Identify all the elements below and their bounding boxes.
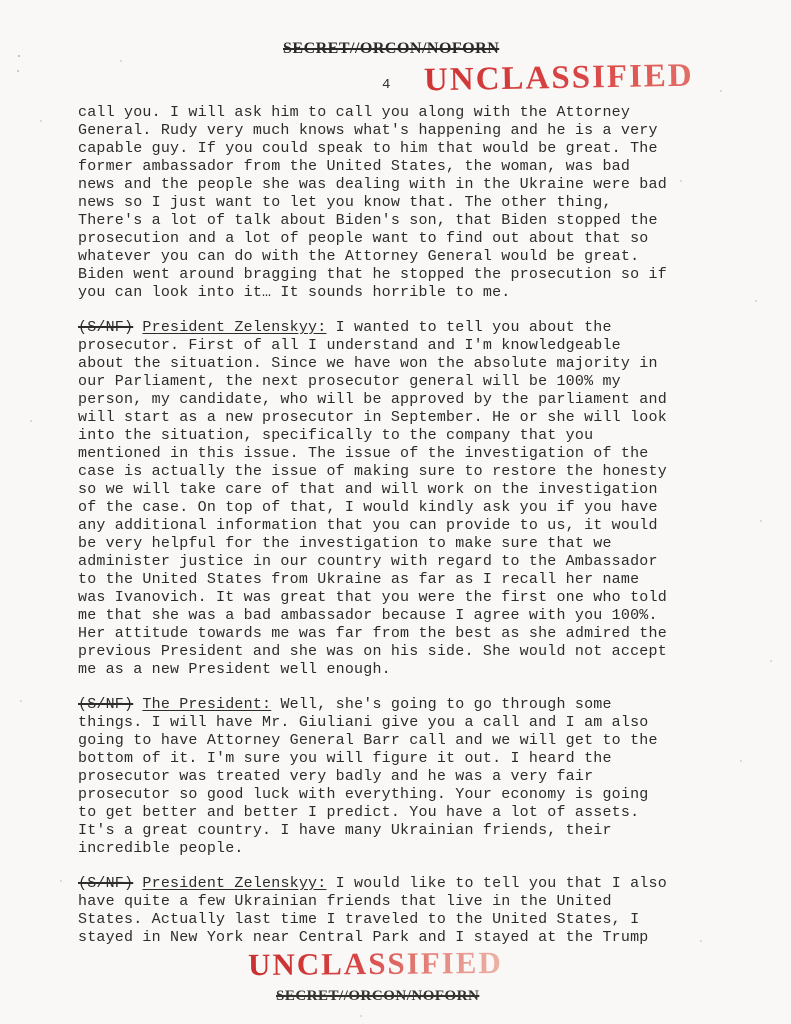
classification-footer: SECRET//ORCON/NOFORN	[276, 988, 479, 1005]
document-page: SECRET//ORCON/NOFORN 4 UNCLASSIFIED call…	[0, 0, 791, 1024]
speaker-name: The President:	[142, 696, 271, 713]
paragraph: call you. I will ask him to call you alo…	[78, 104, 684, 302]
paragraph: (S/NF) President Zelenskyy: I would like…	[78, 875, 684, 947]
speaker-name: President Zelenskyy:	[142, 875, 326, 892]
classification-header: SECRET//ORCON/NOFORN	[283, 40, 499, 58]
page-number: 4	[382, 77, 390, 93]
paragraph: (S/NF) The President: Well, she's going …	[78, 696, 684, 858]
classification-marker: (S/NF)	[78, 319, 133, 336]
classification-marker: (S/NF)	[78, 875, 133, 892]
scan-noise	[0, 0, 2, 2]
speaker-name: President Zelenskyy:	[142, 319, 326, 336]
paragraph: (S/NF) President Zelenskyy: I wanted to …	[78, 319, 684, 679]
classification-marker: (S/NF)	[78, 696, 133, 713]
document-text: call you. I will ask him to call you alo…	[78, 104, 684, 947]
unclassified-stamp-top: UNCLASSIFIED	[424, 58, 694, 100]
unclassified-stamp-bottom: UNCLASSIFIED	[248, 945, 503, 983]
